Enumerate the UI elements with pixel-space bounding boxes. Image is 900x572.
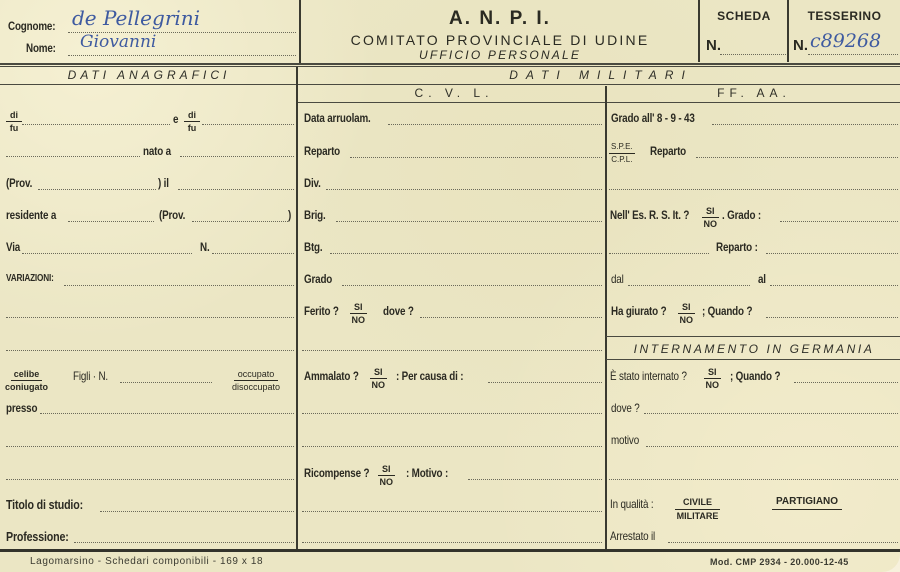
no-option: NO (352, 314, 366, 325)
nell-es-reparto-field[interactable] (766, 253, 898, 254)
dal-label: dal (611, 272, 624, 286)
div-label: Div. (304, 176, 321, 190)
street-number-field[interactable] (212, 253, 294, 254)
rule (0, 63, 900, 65)
div-field[interactable] (326, 189, 602, 190)
presso-field[interactable] (40, 413, 294, 414)
int-dove-label: dove ? (611, 401, 640, 415)
street-field[interactable] (22, 253, 192, 254)
birth-pre-field[interactable] (6, 156, 140, 157)
dove-field[interactable] (420, 317, 602, 318)
ha-giurato-si-no[interactable]: SI NO (678, 302, 695, 325)
tesserino-number-field[interactable] (808, 54, 898, 55)
fu-option: fu (188, 122, 197, 133)
e-label: e (173, 112, 178, 126)
employment-choice[interactable]: occupato disoccupato (232, 369, 280, 392)
marital-status-choice[interactable]: celibe coniugato (5, 369, 48, 392)
column-divider (296, 67, 298, 550)
di-fu-choice-2[interactable]: di fu (184, 110, 200, 133)
form-model-number: Mod. CMP 2934 - 20.000-12-45 (710, 557, 849, 567)
ha-giurato-quando-label: ; Quando ? (702, 304, 752, 318)
occupato-option: occupato (234, 369, 279, 381)
birthplace-field[interactable] (180, 156, 294, 157)
int-dove-field[interactable] (644, 413, 898, 414)
si-option: SI (704, 367, 721, 379)
reparto-field[interactable] (350, 157, 602, 158)
reparto-label: Reparto (304, 144, 340, 158)
arrestato-label: Arrestato il (610, 529, 655, 543)
scheda-label: SCHEDA (700, 9, 788, 23)
data-arruolam-label: Data arruolam. (304, 111, 371, 125)
tesserino-handwritten: c89268 (810, 30, 881, 52)
nell-es-reparto-label: Reparto : (716, 240, 758, 254)
father-field[interactable] (22, 124, 170, 125)
section-dati-militari: DATI MILITARI (302, 68, 900, 82)
rule (0, 84, 900, 85)
printer-imprint: Lagomarsino - Schedari componibili - 169… (30, 556, 263, 567)
no-option: NO (680, 314, 694, 325)
stato-internato-label: È stato internato ? (610, 369, 687, 383)
motivo-field[interactable] (468, 479, 602, 480)
arrestato-field[interactable] (668, 542, 898, 543)
int-motivo-field[interactable] (646, 446, 898, 447)
internato-quando-field[interactable] (794, 382, 898, 383)
scheda-n-label: N. (706, 37, 721, 54)
section-cvl: C. V. L. (302, 86, 606, 100)
no-option: NO (706, 379, 720, 390)
section-ffaa: FF. AA. (608, 86, 900, 100)
variazioni-line-2[interactable] (6, 317, 294, 318)
section-dati-anagrafici: DATI ANAGRAFICI (0, 68, 298, 82)
name-field[interactable] (68, 55, 296, 56)
data-arruolam-field[interactable] (388, 124, 602, 125)
scheda-number-field[interactable] (720, 54, 786, 55)
grado-label: Grado (304, 272, 332, 286)
civile-option: CIVILE (675, 497, 720, 510)
org-subtitle: COMITATO PROVINCIALE DI UDINE (302, 32, 698, 48)
int-motivo-label: motivo (611, 433, 639, 447)
di-option: di (6, 110, 22, 122)
blank-line[interactable] (609, 479, 898, 480)
rule (0, 66, 900, 67)
blank-line[interactable] (302, 413, 602, 414)
ffaa-reparto-field[interactable] (696, 157, 898, 158)
divider (299, 0, 301, 64)
ferito-si-no[interactable]: SI NO (350, 302, 367, 325)
ammalato-label: Ammalato ? (304, 369, 359, 383)
coniugato-option: coniugato (5, 381, 48, 392)
dal-field[interactable] (628, 285, 750, 286)
ricompense-si-no[interactable]: SI NO (378, 464, 395, 487)
ferito-label: Ferito ? (304, 304, 339, 318)
no-option: NO (704, 218, 718, 229)
si-option: SI (378, 464, 395, 476)
org-title: A. N. P. I. (302, 8, 698, 30)
titolo-studio-field[interactable] (100, 511, 294, 512)
si-option: SI (350, 302, 367, 314)
al-field[interactable] (770, 285, 898, 286)
internato-quando-label: ; Quando ? (730, 369, 780, 383)
professione-field[interactable] (74, 542, 294, 543)
rule (606, 359, 900, 360)
grado-field[interactable] (342, 285, 602, 286)
blank-line[interactable] (302, 350, 602, 351)
ricompense-label: Ricompense ? (304, 466, 369, 480)
blank-line[interactable] (302, 542, 602, 543)
blank-line[interactable] (302, 446, 602, 447)
nell-es-label: Nell' Es. R. S. It. ? (610, 208, 689, 222)
per-causa-label: : Per causa di : (396, 369, 463, 383)
in-qualita-label: In qualità : (610, 497, 653, 511)
grado-all-label: Grado all' 8 - 9 - 43 (611, 111, 695, 125)
blank-line[interactable] (6, 446, 294, 447)
bottom-rule (0, 549, 900, 552)
name-label: Nome: (26, 41, 56, 55)
presso-label: presso (6, 401, 37, 415)
celibe-option: celibe (11, 369, 43, 381)
grado-all-field[interactable] (712, 124, 898, 125)
rule (298, 102, 900, 103)
ha-giurato-quando-field[interactable] (766, 317, 898, 318)
birth-province-field[interactable] (38, 189, 156, 190)
residence-field[interactable] (68, 221, 154, 222)
birth-date-field[interactable] (178, 189, 294, 190)
variazioni-field[interactable] (64, 285, 294, 286)
nato-a-label: nato a (143, 144, 171, 158)
n-label: N. (200, 240, 210, 254)
ffaa-reparto-label: Reparto (650, 144, 686, 158)
brig-field[interactable] (336, 221, 602, 222)
cpl-option: C.P.L. (611, 154, 632, 165)
mother-field[interactable] (202, 124, 294, 125)
prov2-label: (Prov. (159, 208, 185, 222)
tesserino-n-label: N. (793, 37, 808, 54)
si-option: SI (702, 206, 719, 218)
militare-option: MILITARE (677, 510, 719, 521)
il-label: ) il (158, 176, 169, 190)
partigiano-option[interactable]: PARTIGIANO (772, 496, 842, 510)
nell-es-si-no[interactable]: SI NO (702, 206, 719, 229)
ammalato-si-no[interactable]: SI NO (370, 367, 387, 390)
surname-label: Cognome: (8, 19, 55, 33)
btg-field[interactable] (330, 253, 602, 254)
close-paren: ) (288, 208, 291, 222)
spe-cpl-choice[interactable]: S.P.E. C.P.L. (609, 142, 635, 165)
anpi-personnel-card: Cognome: de Pellegrini Nome: Giovanni A.… (0, 0, 900, 572)
spe-option: S.P.E. (609, 142, 635, 154)
tesserino-label: TESSERINO (789, 9, 900, 23)
blank-line[interactable] (609, 189, 898, 190)
titolo-studio-label: Titolo di studio: (6, 497, 83, 512)
rule (606, 336, 900, 337)
blank-line[interactable] (6, 479, 294, 480)
di-option: di (184, 110, 200, 122)
di-fu-choice[interactable]: di fu (6, 110, 22, 133)
children-field[interactable] (120, 382, 212, 383)
ha-giurato-label: Ha giurato ? (611, 304, 666, 318)
section-internamento: INTERNAMENTO IN GERMANIA (608, 342, 900, 356)
surname-handwritten: de Pellegrini (72, 6, 200, 30)
si-option: SI (678, 302, 695, 314)
si-option: SI (370, 367, 387, 379)
blank-line[interactable] (609, 253, 709, 254)
no-option: NO (372, 379, 386, 390)
internato-si-no[interactable]: SI NO (704, 367, 721, 390)
prov-label: (Prov. (6, 176, 32, 190)
al-label: al (758, 272, 766, 286)
professione-label: Professione: (6, 529, 69, 544)
name-handwritten: Giovanni (80, 32, 156, 52)
org-office: UFFICIO PERSONALE (302, 48, 698, 62)
brig-label: Brig. (304, 208, 326, 222)
btg-label: Btg. (304, 240, 322, 254)
fu-option: fu (10, 122, 19, 133)
nell-es-grado-field[interactable] (780, 221, 898, 222)
civile-militare-choice[interactable]: CIVILE MILITARE (675, 497, 720, 521)
via-label: Via (6, 240, 20, 254)
no-option: NO (380, 476, 394, 487)
residente-label: residente a (6, 208, 56, 222)
variazioni-label: VARIAZIONI: (6, 273, 54, 284)
per-causa-field[interactable] (488, 382, 602, 383)
motivo-label: : Motivo : (406, 466, 448, 480)
figli-label: Figli · N. (73, 369, 108, 383)
residence-province-field[interactable] (192, 221, 288, 222)
blank-line[interactable] (302, 511, 602, 512)
nell-es-grado-label: . Grado : (722, 208, 761, 222)
dove-label: dove ? (383, 304, 414, 318)
disoccupato-option: disoccupato (232, 381, 280, 392)
column-divider (605, 86, 607, 550)
variazioni-line-3[interactable] (6, 350, 294, 351)
